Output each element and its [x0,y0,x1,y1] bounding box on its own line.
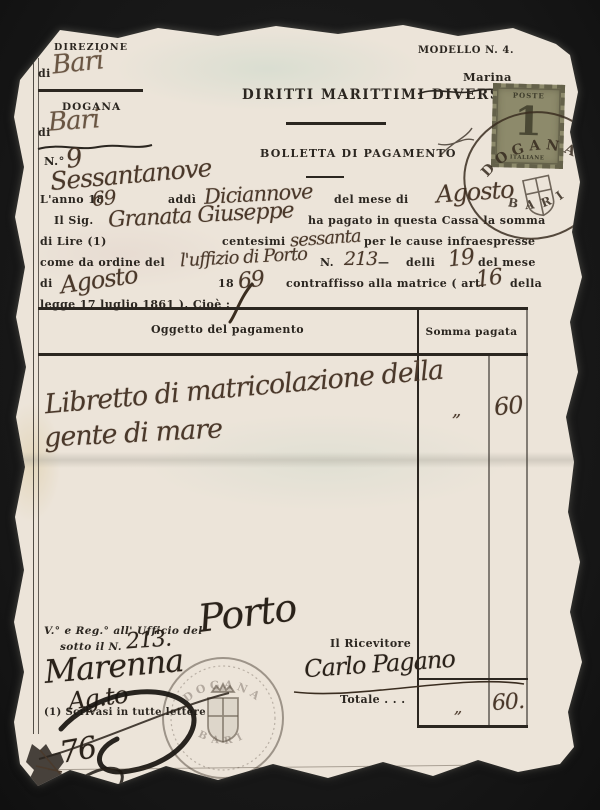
torn-print-fragment [22,736,82,792]
ufficio-porto-hw: Porto [196,588,298,638]
table-col2-header: Somma pagata [417,327,526,338]
svg-text:BARI: BARI [504,182,574,217]
total-label: Totale . . . [340,694,405,705]
title-rule [286,122,386,125]
paper-fold-crease [8,452,586,468]
ink-paraph-flourish [33,667,233,797]
body-l4-number-hw: 213 [344,250,377,269]
modello-label: MODELLO N. 4. [418,46,514,56]
body-l1-t3: del mese di [334,194,409,205]
header-divider-rule [38,89,143,92]
body-l2-name-hw: Granata Giuseppe [108,200,295,232]
document-subtitle: BOLLETTA DI PAGAMENTO [260,148,457,159]
body-l4-office-hw: l'uffizio di Porto [180,246,308,271]
postmark-top-text: DOGANA [474,128,585,182]
table-right-border [526,307,528,727]
table-col1-header: Oggetto del pagamento [38,324,417,335]
body-l5-art-hw: 16 [475,267,503,292]
document-paper: DIREZIONE Bari di DOGANA Bari di N.° 9 S… [8,22,586,794]
body-l5-t3: contraffisso alla matrice ( art. [286,278,485,289]
dogana-di-label: di [38,127,51,138]
direzione-value-handwritten: Bari [51,47,105,78]
body-l5-t4: della [510,278,542,289]
scan-background: DIREZIONE Bari di DOGANA Bari di N.° 9 S… [0,0,600,810]
table-top-border [38,307,528,310]
total-lire-mark-hw: „ [454,700,461,716]
ricevitore-label: Il Ricevitore [330,638,411,649]
amount-centesimi-hw: 60 [493,393,524,419]
amount-lire-mark-hw: „ [452,402,460,420]
payment-object-line1-hw: Libretto di matricolazione della [44,357,445,419]
body-l2-t1: Il Sig. [54,215,94,226]
postmark-bottom-text: BARI [504,182,574,217]
table-bottom-border [417,725,528,728]
svg-text:DOGANA: DOGANA [474,128,585,182]
body-l3-t1: di Lire (1) [40,236,107,247]
body-l4-dash: — [378,257,389,268]
direzione-di-label: di [38,68,51,79]
form-left-border [33,58,39,734]
document-title: DIRITTI MARITTIMI DIVERSI [242,89,509,103]
table-header-border [38,353,528,356]
cioe-flourish [222,280,262,326]
document-paper-wrap: DIREZIONE Bari di DOGANA Bari di N.° 9 S… [8,22,586,794]
body-l4-t2: N. [320,257,334,268]
payment-object-line2-hw: gente di mare [43,415,222,451]
body-l5-t1: di [40,278,53,289]
body-l1-year-hw: 69 [91,187,116,209]
dogana-value-handwritten: Bari [47,106,100,136]
body-l4-t3: delli [406,257,435,268]
wavy-underline [36,140,156,154]
marina-label: Marina [463,72,512,84]
total-centesimi-hw: 60. [491,691,524,715]
subtitle-dash [306,176,344,178]
visto-line1: V.° e Reg.° all' Ufficio del [44,626,203,637]
